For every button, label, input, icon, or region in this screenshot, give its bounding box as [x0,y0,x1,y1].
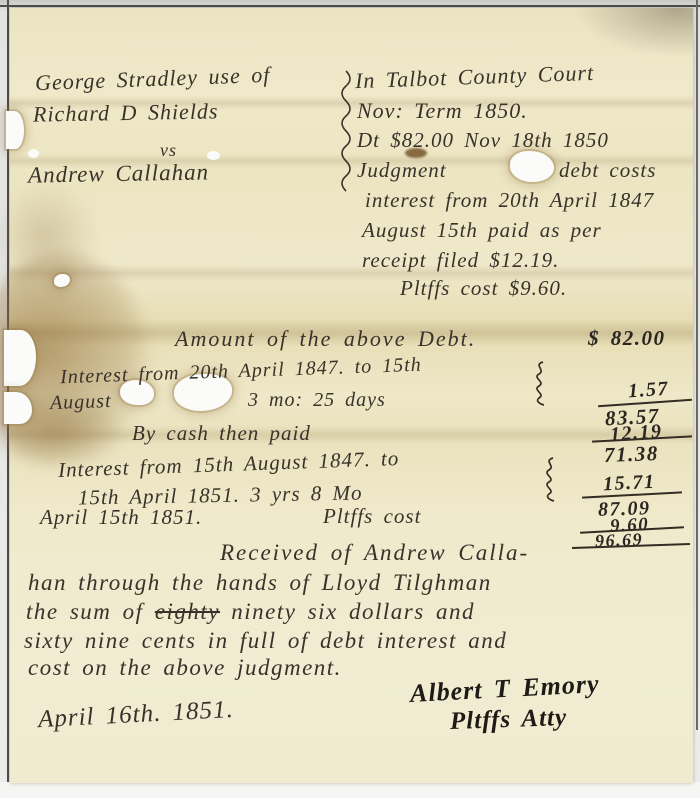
scan-frame-top [0,5,700,7]
brace-icon [531,360,547,406]
court-name: In Talbot County Court [355,62,595,92]
judgment-word: Judgment [357,160,447,181]
receipt-line4: sixty nine cents in full of debt interes… [24,629,507,652]
ledger-debt-label: Amount of the above Debt. [175,328,476,350]
receipt-line3-pre: the sum of [26,599,155,624]
ledger-cost-label: Pltffs cost [323,506,421,527]
receipt-line3: the sum of eighty ninety six dollars and [26,600,475,623]
ledger-interest1-line2a: August [50,391,112,413]
torn-hole [6,111,24,149]
torn-hole [207,151,220,160]
interest-clause: interest from 20th April 1847 [365,190,654,211]
party-plaintiff-line2: Richard D Shields [33,100,219,125]
ledger-cost-date: April 15th 1851. [40,507,202,528]
ledger-interest2-amount: 15.71 [603,472,656,495]
torn-hole [28,149,39,158]
versus-mark: vs [160,141,177,159]
scanned-document: George Stradley use of Richard D Shields… [0,0,700,798]
ledger-interest1-amount: 1.57 [627,379,669,402]
judgment-for: debt costs [559,160,656,181]
attorney-title: Pltffs Atty [450,705,568,734]
court-term: Nov: Term 1850. [357,100,528,122]
ledger-interest1-line2b: 3 mo: 25 days [248,390,386,410]
document-page: George Stradley use of Richard D Shields… [10,8,693,783]
party-plaintiff-line1: George Stradley use of [35,64,271,94]
receipt-line2: han through the hands of Lloyd Tilghman [28,571,492,594]
receipt-line1: Received of Andrew Calla- [220,541,529,564]
debt-and-date: Dt $82.00 Nov 18th 1850 [357,130,609,151]
receipt-line3-post: ninety six dollars and [220,599,475,624]
receipt-filed: receipt filed $12.19. [362,250,559,271]
scan-bed [0,782,700,798]
attorney-signature: Albert T Emory [409,671,600,707]
plaintiffs-cost: Pltffs cost $9.60. [400,278,567,299]
ledger-cash-label: By cash then paid [132,423,311,444]
brace-icon [338,70,354,192]
ledger-debt-amount: $ 82.00 [588,328,666,349]
scan-frame-right [696,0,698,730]
torn-hole [510,151,554,182]
paid-clause: August 15th paid as per [362,220,602,241]
receipt-line5: cost on the above judgment. [28,656,342,679]
document-date: April 16th. 1851. [37,697,234,732]
struck-word: eighty [155,599,220,624]
brace-icon [541,456,557,502]
ledger-balance: 71.38 [604,443,659,466]
party-defendant: Andrew Callahan [28,160,209,186]
